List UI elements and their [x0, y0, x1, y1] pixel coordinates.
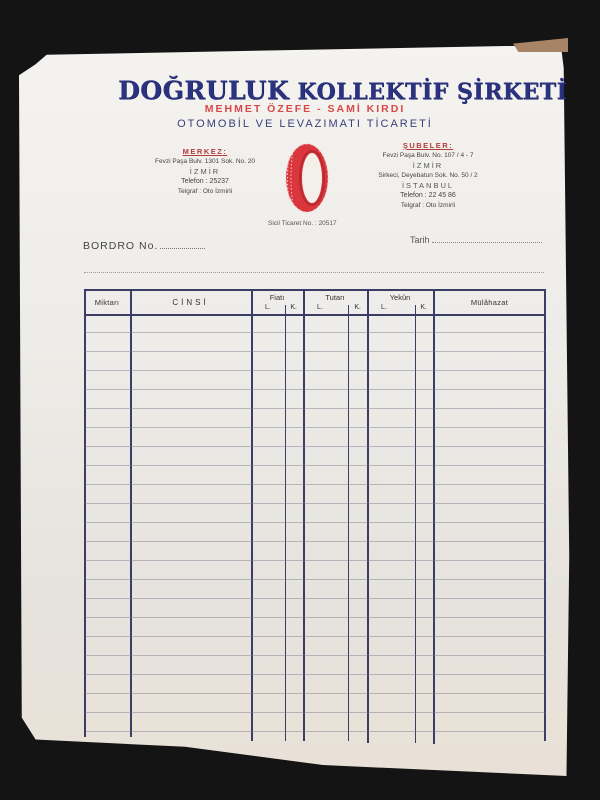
table-row[interactable]	[85, 731, 545, 732]
table-row[interactable]	[85, 503, 545, 504]
sub-header-kurus: K.	[420, 303, 427, 312]
column-border	[130, 289, 132, 737]
table-row[interactable]	[85, 446, 545, 447]
branches-address: ŞUBELER: Fevzi Paşa Bulv. No. 107 / 4 - …	[353, 141, 503, 211]
tire-icon	[283, 142, 333, 214]
table-row[interactable]	[85, 655, 545, 656]
table-row[interactable]	[85, 579, 545, 580]
table-row[interactable]	[85, 332, 545, 333]
header-label: Mülâhazat	[433, 291, 546, 314]
head-office-telegraph: Telgraf : Oto İzmirli	[140, 187, 270, 197]
branch-1-street: Fevzi Paşa Bulv. No. 107 / 4 - 7	[353, 151, 503, 161]
table-row[interactable]	[85, 712, 545, 713]
table-row[interactable]	[85, 674, 545, 675]
sub-header-lira: L.	[317, 303, 323, 312]
sub-header-lira: L.	[265, 303, 271, 312]
trade-registry-number: Sicil Ticaret No. : 20517	[268, 220, 337, 227]
header-label: Tutarı	[303, 293, 367, 303]
table-row[interactable]	[85, 598, 545, 599]
header-label: Miktarı	[84, 291, 130, 314]
head-office-street: Fevzi Paşa Bulv. 1301 Sok. No. 20	[140, 157, 270, 167]
header-label: Fiatı	[251, 293, 303, 303]
branches-heading: ŞUBELER:	[353, 141, 503, 151]
table-row[interactable]	[85, 560, 545, 561]
table-row[interactable]	[85, 693, 545, 694]
table-row[interactable]	[85, 617, 545, 618]
column-header-amount: Tutarı L.K.	[303, 291, 367, 314]
ledger-table: Miktarı CİNSİ Fiatı L.K. Tutarı L.K. Yek…	[84, 289, 546, 739]
bordro-blank[interactable]	[160, 240, 205, 249]
header-label: Yekûn	[367, 293, 433, 303]
bordro-label: BORDRO No.	[83, 240, 158, 252]
sub-header-lira: L.	[381, 303, 387, 312]
table-row[interactable]	[85, 370, 545, 371]
table-row[interactable]	[85, 465, 545, 466]
column-header-quantity: Miktarı	[84, 291, 130, 314]
sub-header-kurus: K.	[290, 303, 297, 312]
column-border	[433, 289, 435, 744]
sub-header-kurus: K.	[354, 303, 361, 312]
column-border	[84, 289, 86, 737]
separator-line	[84, 272, 544, 273]
branches-telegraph: Telgraf : Oto İzmirli	[353, 201, 503, 211]
head-office-heading: MERKEZ:	[140, 147, 270, 157]
table-header-border	[84, 314, 546, 316]
date-label: Tarih	[410, 235, 430, 245]
trade-line: OTOMOBİL VE LEVAZIMATI TİCARETİ	[0, 118, 600, 130]
head-office-address: MERKEZ: Fevzi Paşa Bulv. 1301 Sok. No. 2…	[140, 147, 270, 197]
column-header-description: CİNSİ	[130, 291, 251, 314]
branch-2-city: İSTANBUL	[353, 181, 503, 191]
date-blank[interactable]	[432, 234, 542, 243]
header-label: CİNSİ	[130, 291, 251, 314]
table-row[interactable]	[85, 484, 545, 485]
table-row[interactable]	[85, 522, 545, 523]
table-row[interactable]	[85, 351, 545, 352]
owners-line: MEHMET ÖZEFE - SAMİ KIRDI	[0, 103, 600, 115]
folded-corner	[513, 38, 568, 52]
date-field[interactable]: Tarih	[410, 234, 542, 245]
branch-1-city: İZMİR	[353, 161, 503, 171]
column-header-total: Yekûn L.K.	[367, 291, 433, 314]
head-office-phone: Telefon : 25237	[140, 177, 270, 187]
table-row[interactable]	[85, 636, 545, 637]
table-row[interactable]	[85, 389, 545, 390]
table-row[interactable]	[85, 408, 545, 409]
column-header-remarks: Mülâhazat	[433, 291, 546, 314]
column-header-price: Fiatı L.K.	[251, 291, 303, 314]
company-name: DOĞRULUK KOLLEKTİF ŞİRKETİ	[118, 76, 567, 105]
table-row[interactable]	[85, 541, 545, 542]
head-office-city: İZMİR	[140, 167, 270, 177]
branches-phone: Telefon : 22 45 86	[353, 191, 503, 201]
branch-2-street: Sirkeci, Deyebatun Sok. No. 50 / 2	[353, 171, 503, 181]
bordro-number-field[interactable]: BORDRO No.	[83, 240, 205, 252]
table-row[interactable]	[85, 427, 545, 428]
